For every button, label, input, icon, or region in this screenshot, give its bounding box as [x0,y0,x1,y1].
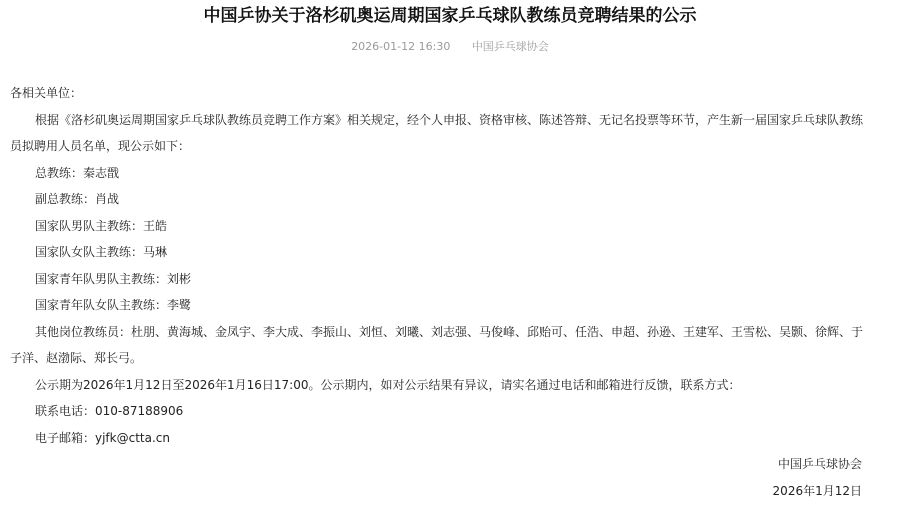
article-source: 中国乒乓球协会 [472,40,549,53]
notice-period: 公示期为2026年1月12日至2026年1月16日17:00。公示期内，如对公示… [10,372,870,399]
appointment-head-coach: 总教练：秦志戬 [10,160,870,187]
appointment-men-team-coach: 国家队男队主教练：王皓 [10,213,870,240]
appointment-other-coaches: 其他岗位教练员：杜朋、黄海城、金凤宇、李大成、李振山、刘恒、刘曦、刘志强、马俊峰… [10,319,870,372]
appointment-women-team-coach: 国家队女队主教练：马琳 [10,239,870,266]
article-meta: 2026-01-12 16:30 中国乒乓球协会 [0,39,900,55]
publish-datetime: 2026-01-12 16:30 [351,40,450,53]
salutation: 各相关单位： [10,80,870,107]
page-title: 中国乒协关于洛杉矶奥运周期国家乒乓球队教练员竞聘结果的公示 [0,4,900,28]
signature-date: 2026年1月12日 [10,478,870,505]
contact-phone: 联系电话：010-87188906 [10,398,870,425]
contact-email: 电子邮箱：yjfk@ctta.cn [10,425,870,452]
appointment-youth-men-coach: 国家青年队男队主教练：刘彬 [10,266,870,293]
appointment-youth-women-coach: 国家青年队女队主教练：李鹭 [10,292,870,319]
article-body: 各相关单位： 根据《洛杉矶奥运周期国家乒乓球队教练员竞聘工作方案》相关规定，经个… [10,80,870,504]
appointment-deputy-head-coach: 副总教练：肖战 [10,186,870,213]
signature-org: 中国乒乓球协会 [10,451,870,478]
intro-paragraph: 根据《洛杉矶奥运周期国家乒乓球队教练员竞聘工作方案》相关规定，经个人申报、资格审… [10,107,870,160]
